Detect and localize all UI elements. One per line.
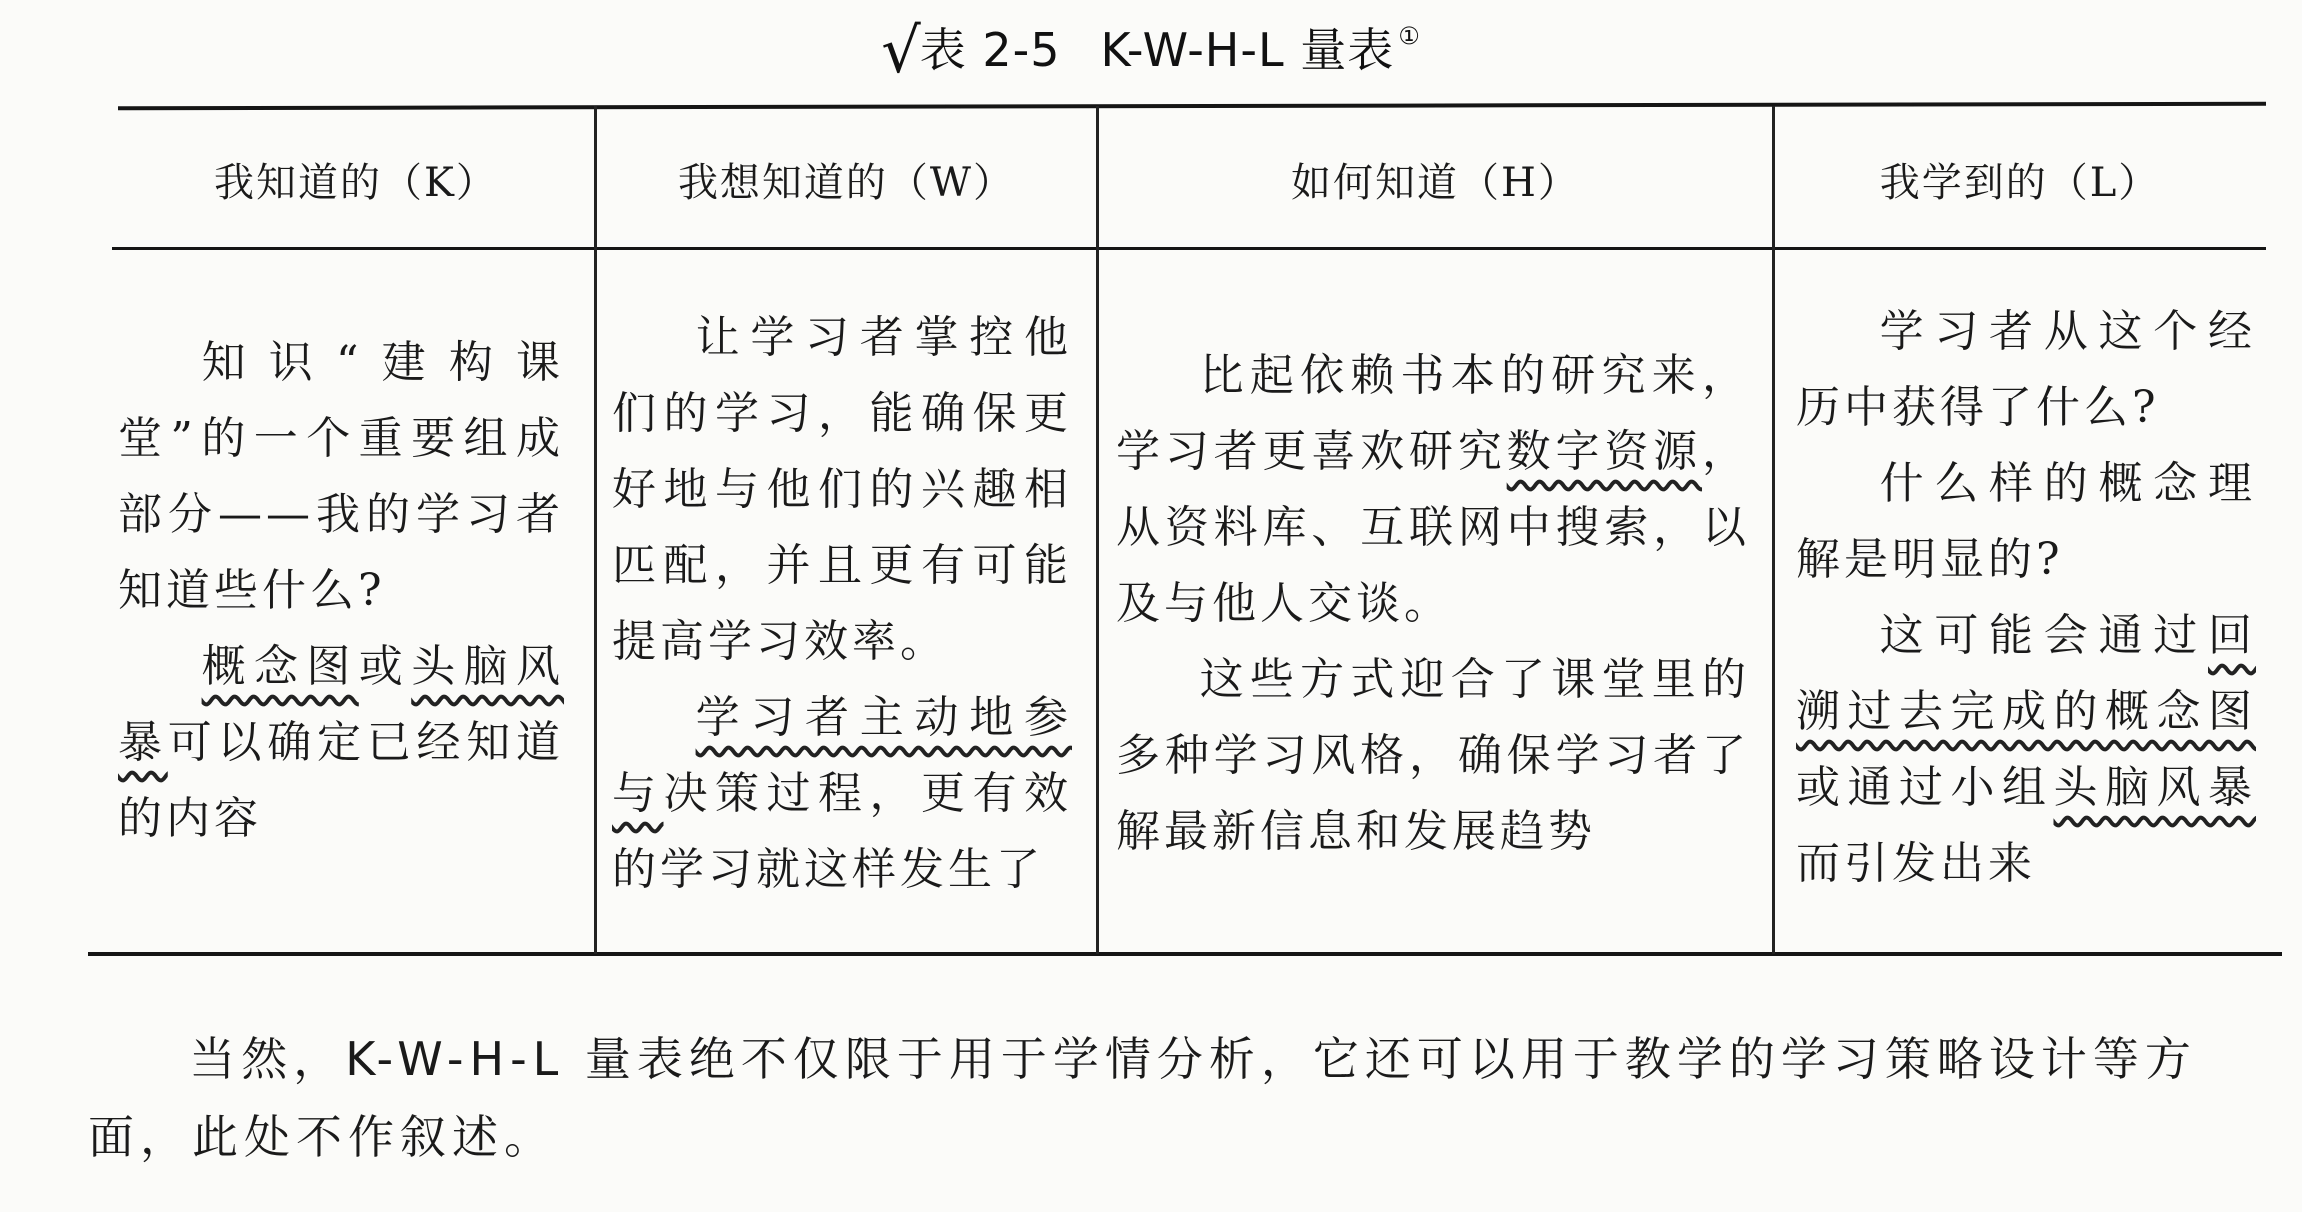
cell-paragraph: 这可能会通过回溯过去完成的概念图或通过小组头脑风暴而引发出来 — [1796, 598, 2256, 902]
cell-text: 让学习者掌控他们的学习，能确保更好地与他们的兴趣相匹配，并且更有可能提高学习效率… — [612, 312, 1072, 667]
cell-text: 这些方式迎合了课堂里的多种学习风格，确保学习者了解最新信息和发展趋势 — [1116, 654, 1750, 857]
header-cell-how: 如何知道（H） — [1099, 110, 1772, 248]
paragraph-text: 当然，K-W-H-L 量表绝不仅限于用于学情分析，它还可以用于教学的学习策略设计… — [88, 1020, 2288, 1176]
table-title: K-W-H-L 量表 — [1101, 23, 1395, 77]
body-cell-want: 让学习者掌控他们的学习，能确保更好地与他们的兴趣相匹配，并且更有可能提高学习效率… — [612, 300, 1072, 908]
body-cell-know: 知识“建构课堂”的一个重要组成部分——我的学习者知道些什么?概念图或头脑风暴可以… — [118, 325, 564, 857]
handwritten-underline: 数字资源 — [1507, 426, 1702, 477]
cell-text: 可以确定已经知道的内容 — [118, 717, 564, 844]
table-caption: √表 2-5K-W-H-L 量表① — [0, 14, 2302, 87]
cell-paragraph: 学习者主动地参与决策过程，更有效的学习就这样发生了 — [612, 680, 1072, 908]
header-cell-learned: 我学到的（L） — [1775, 110, 2265, 248]
cell-text: 决策过程，更有效的学习就这样发生了 — [612, 768, 1072, 895]
cell-text: 学习者从这个经历中获得了什么? — [1796, 306, 2256, 433]
cell-paragraph: 知识“建构课堂”的一个重要组成部分——我的学习者知道些什么? — [118, 325, 564, 629]
body-paragraph: 当然，K-W-H-L 量表绝不仅限于用于学情分析，它还可以用于教学的学习策略设计… — [88, 1020, 2288, 1176]
cell-text: 或 — [359, 641, 411, 692]
body-cell-how: 比起依赖书本的研究来，学习者更喜欢研究数字资源，从资料库、互联网中搜索，以及与他… — [1116, 338, 1750, 870]
footnote-marker: ① — [1398, 22, 1421, 50]
body-cell-learned: 学习者从这个经历中获得了什么?什么样的概念理解是明显的?这可能会通过回溯过去完成… — [1796, 294, 2256, 902]
table-top-rule — [118, 102, 2266, 110]
handwritten-underline: 头脑风暴 — [2054, 762, 2257, 813]
cell-paragraph: 这些方式迎合了课堂里的多种学习风格，确保学习者了解最新信息和发展趋势 — [1116, 642, 1750, 870]
header-cell-want: 我想知道的（W） — [597, 110, 1096, 248]
cell-text: 或通过小组 — [1796, 762, 2054, 813]
cell-paragraph: 什么样的概念理解是明显的? — [1796, 446, 2256, 598]
cell-text: 而引发出来 — [1796, 838, 2036, 889]
handwritten-underline: 概念图 — [202, 641, 359, 692]
table-number: 表 2-5 — [920, 23, 1061, 77]
cell-text: 什么样的概念理解是明显的? — [1796, 458, 2256, 585]
cell-paragraph: 让学习者掌控他们的学习，能确保更好地与他们的兴趣相匹配，并且更有可能提高学习效率… — [612, 300, 1072, 680]
cell-text: 知识“建构课堂”的一个重要组成部分——我的学习者知道些什么? — [118, 337, 564, 616]
cell-paragraph: 概念图或头脑风暴可以确定已经知道的内容 — [118, 629, 564, 857]
table-bottom-rule — [88, 952, 2282, 956]
checkmark-icon: √ — [881, 14, 922, 87]
cell-paragraph: 比起依赖书本的研究来，学习者更喜欢研究数字资源，从资料库、互联网中搜索，以及与他… — [1116, 338, 1750, 642]
header-cell-know: 我知道的（K） — [118, 110, 594, 248]
cell-paragraph: 学习者从这个经历中获得了什么? — [1796, 294, 2256, 446]
cell-text: 这可能会通过 — [1880, 610, 2208, 661]
